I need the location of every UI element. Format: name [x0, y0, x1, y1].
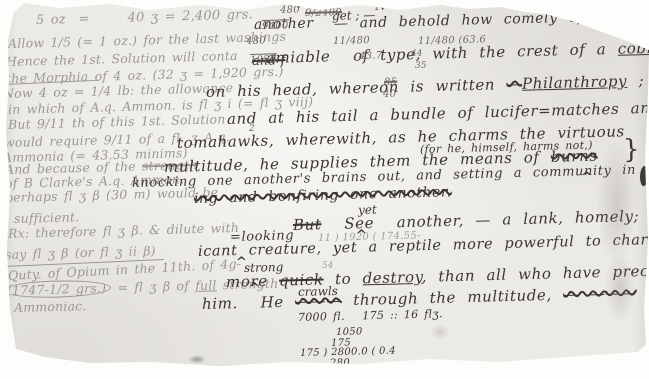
circled-grains: (1747-1/2 grs.): [2, 279, 112, 299]
figure-1050: 1050: [336, 326, 363, 338]
ink-showthrough: [430, 325, 450, 339]
mark-N: " N ": [366, 0, 396, 13]
quote-mark: ": [450, 2, 456, 15]
underlined-destroy: destroy: [362, 268, 422, 288]
calc-line-1: 5 oz = 40 ʒ = 2,400 grs.: [36, 8, 253, 28]
quote-mark: ": [296, 3, 302, 16]
figure-11480-636: 11/480 (63.6: [418, 34, 486, 47]
smudge-mark: [188, 355, 206, 364]
figure-1920: 1920: [250, 53, 277, 66]
figure-85-struck: 85: [384, 77, 398, 88]
ink-showthrough: [604, 252, 636, 324]
prose-more: more: [226, 272, 280, 291]
underlined-philanthropy: Philanthropy: [522, 72, 628, 93]
figure-480b: 480: [246, 35, 266, 47]
insert-yet: yet: [358, 204, 377, 218]
calc-line-18: Ammoniac.: [14, 299, 87, 315]
figure-35: 35: [415, 62, 427, 72]
figure-437: 43.7: [359, 50, 383, 62]
paper-sheet: 5 oz = 40 ʒ = 2,400 grs. Allow 1/5 (= 1 …: [0, 0, 649, 379]
calc-line-7: But 9/11 th of this 1st. Solution: [8, 112, 226, 131]
underlined-cobra: cobra: [617, 39, 649, 58]
paper-bottom-shadow: [0, 364, 649, 379]
struck-mark: —: [506, 75, 522, 93]
ink-showthrough: [596, 138, 638, 268]
struck-word-but: But: [293, 215, 322, 234]
figure-11480: 11/480: [333, 35, 370, 47]
insert-crawls: crawls: [298, 285, 338, 299]
figure-2: 2: [249, 125, 255, 135]
figure-7000: 7000 fl. 175 :: 16 flʒ.: [298, 308, 443, 324]
figure-44: 44: [411, 50, 423, 60]
prose-through: through the multitude,: [342, 286, 564, 310]
manuscript-scan: 5 oz = 40 ʒ = 2,400 grs. Allow 1/5 (= 1 …: [0, 0, 649, 379]
figure-9400: 9400: [262, 19, 289, 32]
ink-blot: [640, 166, 648, 186]
calc-line-2: Allow 1/5 (= 1 oz.) for the last washing…: [8, 30, 286, 51]
underlined-full: full: [195, 277, 217, 293]
prose-phil-tail: ;: [627, 72, 644, 90]
calc-line-17-text: = fl ʒ β of: [111, 278, 195, 295]
prose-him-he: him. He: [202, 293, 296, 313]
figure-40: 40: [383, 89, 397, 100]
calc-line-15: say fl ʒ β (or fl ʒ ii β): [5, 244, 156, 262]
arrow-mark: ←—: [294, 359, 313, 370]
